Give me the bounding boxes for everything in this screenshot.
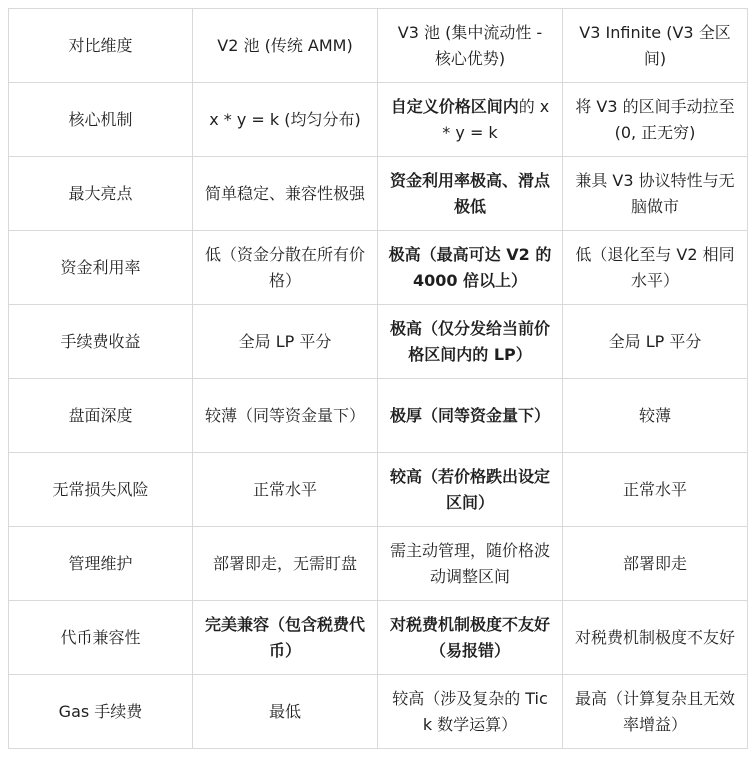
cell-v3: 较高（若价格跌出设定区间）: [378, 453, 563, 527]
cell-v3-infinite: 最高（计算复杂且无效率增益）: [563, 675, 748, 749]
cell-v3-bold: 资金利用率极高、滑点极低: [390, 171, 550, 216]
cell-v3-infinite: 正常水平: [563, 453, 748, 527]
cell-v2: 全局 LP 平分: [193, 305, 378, 379]
header-v2: V2 池 (传统 AMM): [193, 9, 378, 83]
cell-v3-bold: 极厚（同等资金量下）: [390, 406, 550, 425]
row-dimension: 无常损失风险: [9, 453, 193, 527]
cell-v2: 正常水平: [193, 453, 378, 527]
row-dimension: Gas 手续费: [9, 675, 193, 749]
cell-v3-infinite: 对税费机制极度不友好: [563, 601, 748, 675]
table-row: Gas 手续费 最低 较高（涉及复杂的 Tick 数学运算） 最高（计算复杂且无…: [9, 675, 748, 749]
cell-v2-text: 全局 LP 平分: [239, 332, 332, 351]
cell-v3-infinite: 将 V3 的区间手动拉至 (0, 正无穷): [563, 83, 748, 157]
cell-v2-text: 较薄（同等资金量下）: [205, 406, 365, 425]
table-row: 核心机制 x * y = k (均匀分布) 自定义价格区间内的 x * y = …: [9, 83, 748, 157]
cell-v2: x * y = k (均匀分布): [193, 83, 378, 157]
cell-v3: 自定义价格区间内的 x * y = k: [378, 83, 563, 157]
row-dimension: 核心机制: [9, 83, 193, 157]
cell-v3-infinite: 低（退化至与 V2 相同水平）: [563, 231, 748, 305]
cell-v3-bold: 极高（最高可达 V2 的 4000 倍以上）: [389, 245, 552, 290]
table-row: 手续费收益 全局 LP 平分 极高（仅分发给当前价格区间内的 LP） 全局 LP…: [9, 305, 748, 379]
header-v3-infinite: V3 Infinite (V3 全区间): [563, 9, 748, 83]
header-dimension: 对比维度: [9, 9, 193, 83]
row-dimension: 资金利用率: [9, 231, 193, 305]
cell-v2: 低（资金分散在所有价格）: [193, 231, 378, 305]
cell-v2: 较薄（同等资金量下）: [193, 379, 378, 453]
cell-v2: 部署即走，无需盯盘: [193, 527, 378, 601]
cell-v2-text: 正常水平: [253, 480, 317, 499]
table-row: 无常损失风险 正常水平 较高（若价格跌出设定区间） 正常水平: [9, 453, 748, 527]
comparison-table: 对比维度 V2 池 (传统 AMM) V3 池 (集中流动性 - 核心优势) V…: [8, 8, 748, 749]
cell-v3: 极高（最高可达 V2 的 4000 倍以上）: [378, 231, 563, 305]
cell-v3-infinite: 兼具 V3 协议特性与无脑做市: [563, 157, 748, 231]
cell-v2: 完美兼容（包含税费代币）: [193, 601, 378, 675]
header-row: 对比维度 V2 池 (传统 AMM) V3 池 (集中流动性 - 核心优势) V…: [9, 9, 748, 83]
table-row: 盘面深度 较薄（同等资金量下） 极厚（同等资金量下） 较薄: [9, 379, 748, 453]
cell-v3: 需主动管理，随价格波动调整区间: [378, 527, 563, 601]
row-dimension: 盘面深度: [9, 379, 193, 453]
cell-v3-infinite: 较薄: [563, 379, 748, 453]
cell-v2-text: 最低: [269, 702, 301, 721]
cell-v3-text: 较高（涉及复杂的 Tick 数学运算）: [392, 689, 548, 734]
cell-v2-text: 低（资金分散在所有价格）: [205, 245, 365, 290]
cell-v3: 较高（涉及复杂的 Tick 数学运算）: [378, 675, 563, 749]
cell-v3: 极厚（同等资金量下）: [378, 379, 563, 453]
cell-v2: 最低: [193, 675, 378, 749]
row-dimension: 代币兼容性: [9, 601, 193, 675]
cell-v3: 极高（仅分发给当前价格区间内的 LP）: [378, 305, 563, 379]
cell-v2-bold: 完美兼容（包含税费代币）: [205, 615, 365, 660]
cell-v3-infinite: 部署即走: [563, 527, 748, 601]
header-v3: V3 池 (集中流动性 - 核心优势): [378, 9, 563, 83]
cell-v3: 对税费机制极度不友好（易报错）: [378, 601, 563, 675]
table-row: 资金利用率 低（资金分散在所有价格） 极高（最高可达 V2 的 4000 倍以上…: [9, 231, 748, 305]
row-dimension: 管理维护: [9, 527, 193, 601]
row-dimension: 手续费收益: [9, 305, 193, 379]
cell-v2: 简单稳定、兼容性极强: [193, 157, 378, 231]
cell-v3-bold: 对税费机制极度不友好（易报错）: [390, 615, 550, 660]
cell-v3-bold: 自定义价格区间内: [391, 97, 519, 116]
table-row: 最大亮点 简单稳定、兼容性极强 资金利用率极高、滑点极低 兼具 V3 协议特性与…: [9, 157, 748, 231]
row-dimension: 最大亮点: [9, 157, 193, 231]
cell-v3-text: 需主动管理，随价格波动调整区间: [390, 541, 550, 586]
table-row: 代币兼容性 完美兼容（包含税费代币） 对税费机制极度不友好（易报错） 对税费机制…: [9, 601, 748, 675]
cell-v2-text: 部署即走，无需盯盘: [213, 554, 357, 573]
cell-v3-bold: 较高（若价格跌出设定区间）: [390, 467, 550, 512]
cell-v3-infinite: 全局 LP 平分: [563, 305, 748, 379]
cell-v2-text: x * y = k (均匀分布): [209, 110, 361, 129]
table-row: 管理维护 部署即走，无需盯盘 需主动管理，随价格波动调整区间 部署即走: [9, 527, 748, 601]
cell-v3: 资金利用率极高、滑点极低: [378, 157, 563, 231]
cell-v2-text: 简单稳定、兼容性极强: [205, 184, 365, 203]
cell-v3-bold: 极高（仅分发给当前价格区间内的 LP）: [390, 319, 550, 364]
